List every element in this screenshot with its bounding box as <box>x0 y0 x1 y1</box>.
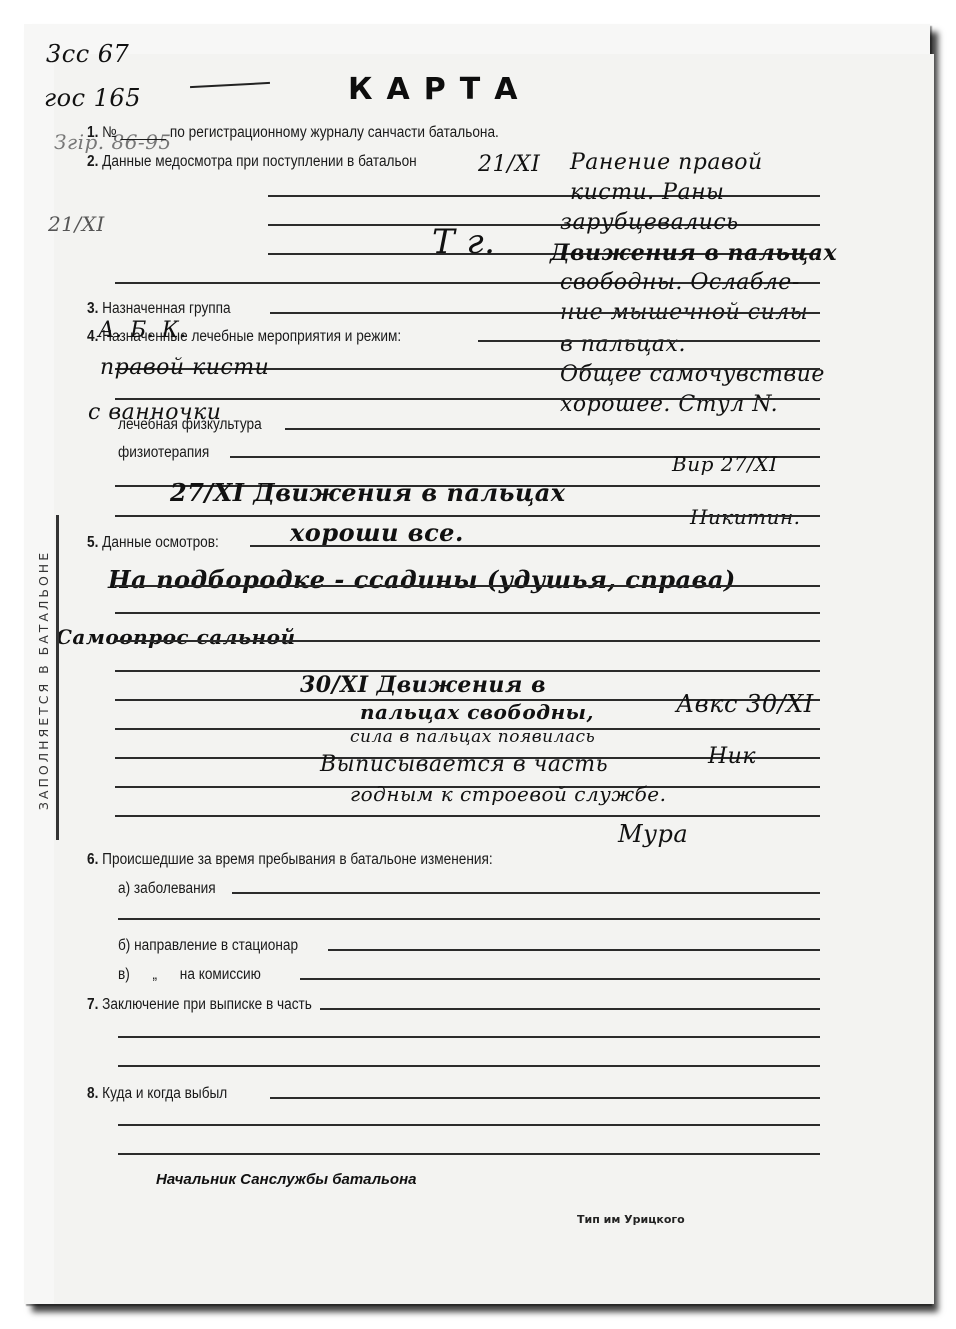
form-line <box>118 1124 820 1126</box>
handwritten-exam-line-4: Движения в пальцах <box>550 240 837 266</box>
item-5-label: 5. Данные осмотров: <box>87 534 219 552</box>
form-line <box>328 949 820 951</box>
form-line <box>115 612 820 614</box>
item-6b-label: б) направление в стационар <box>118 937 298 955</box>
form-line <box>118 1153 820 1155</box>
handwritten-note-30: 30/XI Движения в <box>300 672 546 698</box>
handwritten-exam-line-7: в пальцах. <box>560 332 686 357</box>
handwritten-signature-3: Мура <box>618 820 688 848</box>
form-line <box>118 1065 820 1067</box>
form-line <box>115 815 820 817</box>
printer-mark: Тип им Урицкого <box>577 1213 685 1226</box>
item-4-physio-exercise-label: лечебная физкультура <box>118 416 262 434</box>
handwritten-archive-note-2: гос 165 <box>44 84 141 112</box>
form-line <box>115 640 820 642</box>
document-page <box>24 24 930 1304</box>
handwritten-exam-line-9: хорошее. Стул N. <box>560 392 778 417</box>
side-vertical-note: ЗАПОЛНЯЕТСЯ В БАТАЛЬОНЕ <box>36 515 56 845</box>
item-8-label: 8. Куда и когда выбыл <box>87 1085 227 1103</box>
handwritten-left-osmotr: Самоопрос сальной <box>56 625 296 649</box>
handwritten-exam-line-5: свободны. Ослабле- <box>560 270 800 295</box>
page-title: КАРТА <box>348 72 531 107</box>
form-line <box>232 892 820 894</box>
form-line <box>478 340 820 342</box>
handwritten-exam-line-2: кисти. Раны <box>570 180 724 205</box>
form-line <box>118 918 820 920</box>
item-1-label: 1. № ______ по регистрационному журналу … <box>87 124 499 142</box>
handwritten-margin-date: 21/XI <box>48 212 105 236</box>
handwritten-signature-2-name: Ник <box>708 744 756 769</box>
form-line <box>115 585 820 587</box>
item-6v-label: в) „ на комиссию <box>118 966 261 984</box>
handwritten-exam-line-1: Ранение правой <box>570 150 763 175</box>
item-3-label: 3. Назначенная группа <box>87 300 231 318</box>
side-note-bar <box>56 515 59 840</box>
handwritten-entry-date: 21/XI <box>478 152 540 177</box>
handwritten-group-mark: Т г. <box>432 222 495 262</box>
item-2-label: 2. Данные медосмотра при поступлении в б… <box>87 153 417 171</box>
side-note-text: ЗАПОЛНЯЕТСЯ В БАТАЛЬОНЕ <box>36 520 56 840</box>
form-line <box>118 1036 820 1038</box>
handwritten-signature-1-name: Никитин. <box>690 505 801 529</box>
item-4-physiotherapy-label: физиотерапия <box>118 444 209 462</box>
item-6a-label: а) заболевания <box>118 880 216 898</box>
signature-label: Начальник Санслужбы батальона <box>156 1171 417 1188</box>
handwritten-note-30c: сила в пальцах появилась <box>350 727 595 747</box>
handwritten-discharge-2: годным к строевой службе. <box>350 782 666 806</box>
handwritten-exam-line-8: Общее самочувствие <box>560 362 825 387</box>
form-line <box>115 515 820 517</box>
item-7-label: 7. Заключение при выписке в часть <box>87 996 312 1014</box>
form-line <box>270 1097 820 1099</box>
handwritten-treatment-2: правой кисти <box>100 355 269 380</box>
handwritten-exam-line-3: зарубцевались <box>560 210 739 235</box>
form-line <box>270 312 820 314</box>
form-line <box>285 428 820 430</box>
form-line <box>268 195 820 197</box>
item-6-label: 6. Происшедшие за время пребывания в бат… <box>87 851 493 869</box>
handwritten-treatment-1: А. Б. К. <box>98 318 187 343</box>
handwritten-note-27b: хороши все. <box>290 518 464 547</box>
handwritten-archive-note-1: 3сс 67 <box>46 40 129 68</box>
handwritten-signature-1: Вир 27/XI <box>672 452 778 476</box>
form-line <box>320 1008 820 1010</box>
form-line <box>250 545 820 547</box>
form-line <box>300 978 820 980</box>
handwritten-osmotr-text: На подбородке - ссадины (удушья, справа) <box>108 565 736 594</box>
handwritten-note-27: 27/XI Движения в пальцах <box>170 478 566 507</box>
handwritten-discharge-1: Выписывается в часть <box>320 752 608 777</box>
handwritten-signature-2: Авкс 30/XI <box>676 690 814 718</box>
handwritten-note-30b: пальцах свободны, <box>360 700 594 724</box>
